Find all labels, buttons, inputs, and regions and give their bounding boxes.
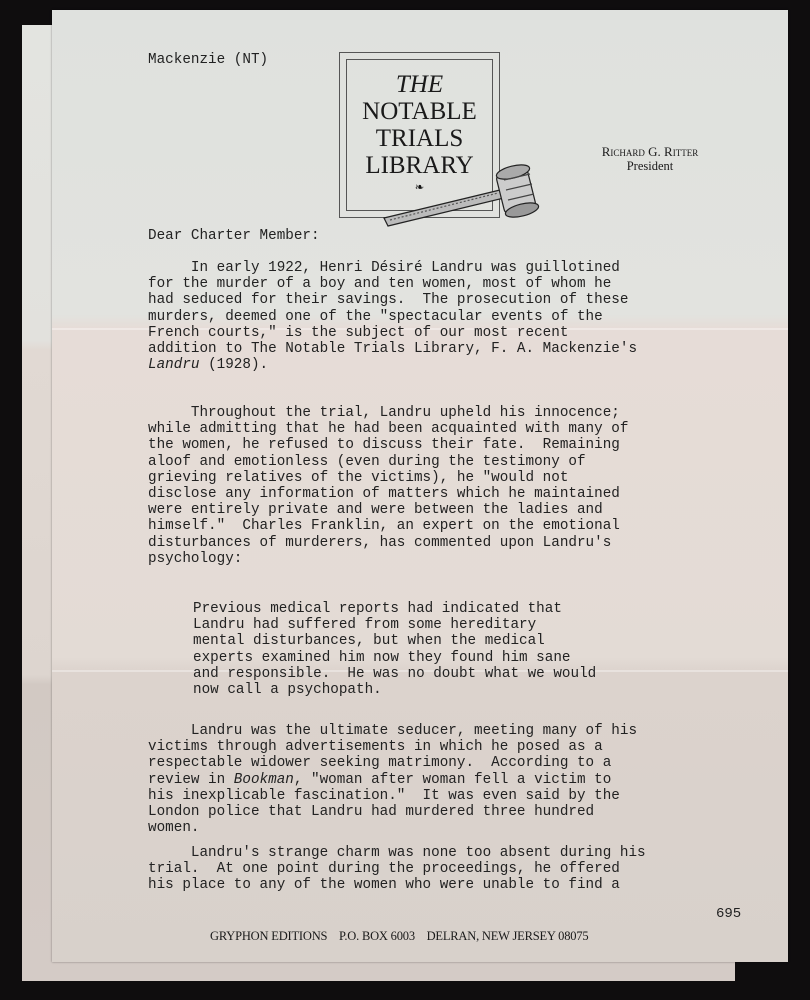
- salutation: Dear Charter Member:: [148, 228, 320, 244]
- paragraph-1: In early 1922, Henri Désiré Landru was g…: [148, 260, 637, 373]
- block-quote: Previous medical reports had indicated t…: [193, 601, 596, 698]
- page-number: 695: [716, 906, 741, 922]
- gavel-icon: [380, 160, 555, 230]
- officer-title: President: [580, 159, 720, 173]
- officer-name: Richard G. Ritter: [580, 145, 720, 159]
- publisher-footer: GRYPHON EDITIONS P.O. BOX 6003 DELRAN, N…: [210, 929, 588, 944]
- logo-line: NOTABLE: [340, 98, 499, 125]
- officer-block: Richard G. Ritter President: [580, 145, 720, 173]
- paragraph-3: Landru was the ultimate seducer, meeting…: [148, 723, 637, 836]
- logo-line: THE: [340, 71, 499, 98]
- logo-line: TRIALS: [340, 125, 499, 152]
- paragraph-2: Throughout the trial, Landru upheld his …: [148, 405, 628, 567]
- paragraph-4: Landru's strange charm was none too abse…: [148, 845, 646, 894]
- reference-code: Mackenzie (NT): [148, 52, 268, 68]
